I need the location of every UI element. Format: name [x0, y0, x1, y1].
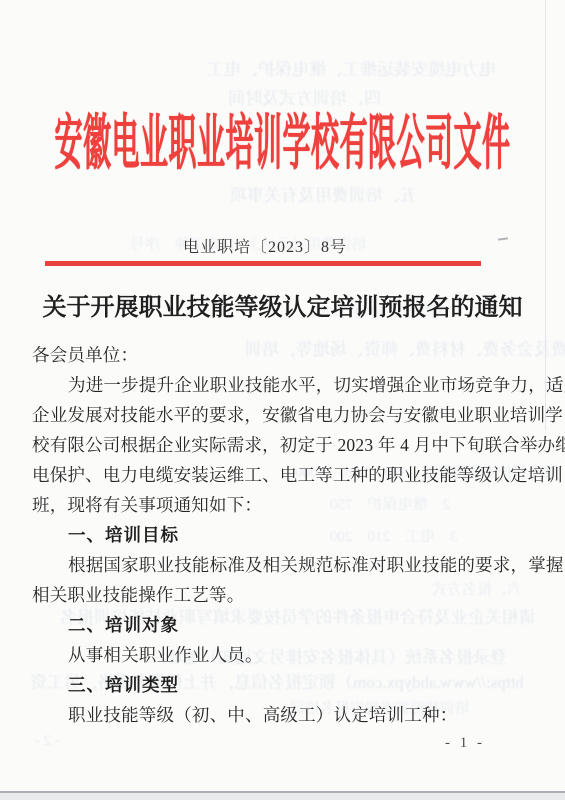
paper-edge [545, 0, 546, 430]
bleedthrough-text: 四、培训方式及时间 [228, 84, 381, 109]
letterhead-org-title: 安徽电业职业培训学校有限公司文件 [0, 114, 565, 176]
body-line: 班，现将有关事项通知如下： [32, 490, 537, 520]
body-line: 职业技能等级（初、中、高级工）认定培训工种： [32, 700, 537, 730]
scanned-notice-document: 电力电缆安装运维工、继电保护、电工 四、培训方式及时间 五、培训费用及有关事项 … [0, 0, 565, 800]
body-line: 企业发展对技能水平的要求，安徽省电力协会与安徽电业职业培训学 [32, 400, 537, 430]
section-heading-1: 一、培训目标 [32, 520, 537, 550]
body-line: 相关职业技能操作工艺等。 [32, 580, 537, 610]
salutation-line: 各会员单位： [32, 340, 537, 370]
page-number: - 1 - [445, 735, 485, 752]
bleedthrough-text: 电力电缆安装运维工、继电保护、电工 [207, 55, 496, 80]
section-heading-2: 二、培训对象 [32, 610, 537, 640]
body-line: 电保护、电力电缆安装运维工、电工等工种的职业技能等级认定培训 [32, 460, 537, 490]
bleedthrough-text: 五、培训费用及有关事项 [230, 181, 417, 206]
bleedthrough-text: - 2 - [35, 733, 60, 750]
paper-edge [0, 791, 565, 800]
document-number: 电业职培〔2023〕8号 [0, 234, 530, 257]
body-line: 校有限公司根据企业实际需求，初定于 2023 年 4 月中下旬联合举办继 [32, 430, 537, 460]
body-line: 根据国家职业技能标准及相关规范标准对职业技能的要求，掌握 [32, 550, 537, 580]
body-line: 从事相关职业作业人员。 [32, 640, 537, 670]
body-line: 为进一步提升企业职业技能水平，切实增强企业市场竞争力，适应 [32, 370, 537, 400]
notice-body: 各会员单位： 为进一步提升企业职业技能水平，切实增强企业市场竞争力，适应 企业发… [32, 340, 537, 730]
section-heading-3: 三、培训类型 [32, 670, 537, 700]
red-separator-rule [45, 261, 481, 266]
notice-title: 关于开展职业技能等级认定培训预报名的通知 [0, 287, 565, 322]
